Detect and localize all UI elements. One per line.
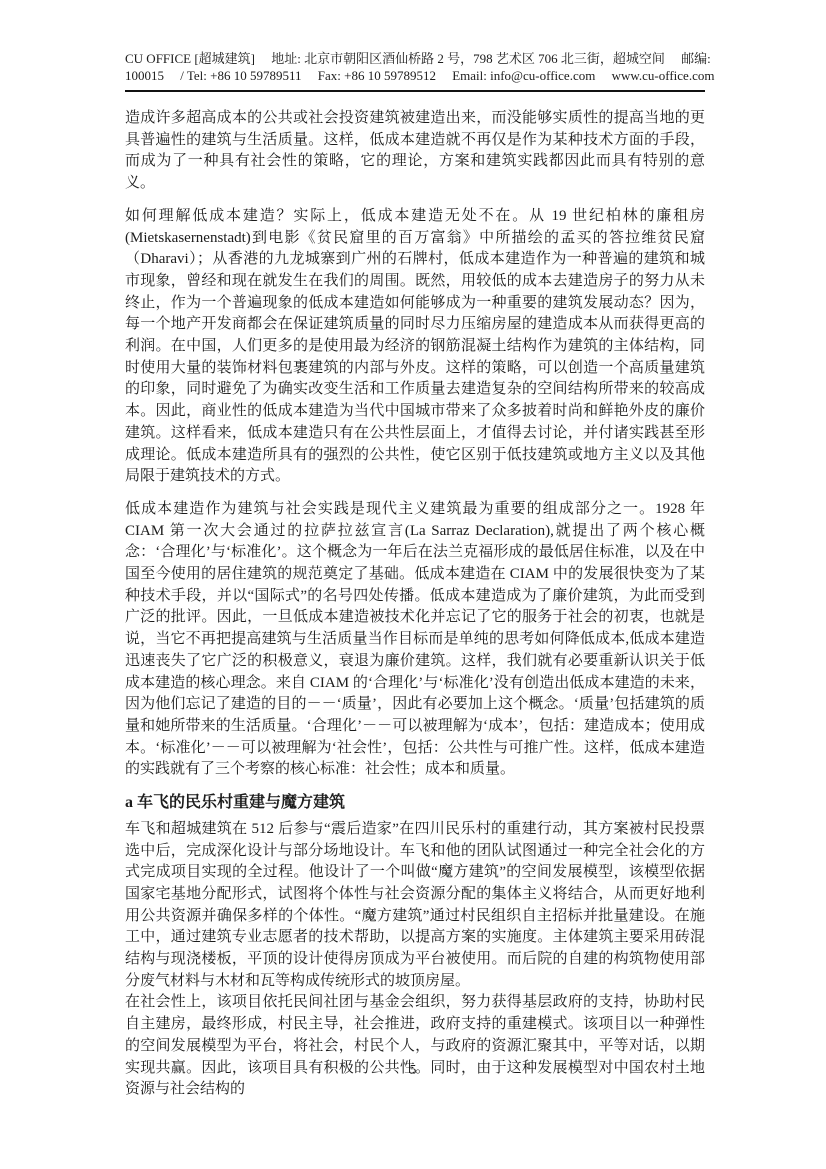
paragraph-intro: 造成许多超高成本的公共或社会投资建筑被建造出来，而没能够实质性的提高当地的更具普… <box>125 108 705 195</box>
page-number: 5 <box>410 1062 417 1077</box>
document-page: CU OFFICE [超城建筑] 地址: 北京市朝阳区酒仙桥路 2 号，798 … <box>0 0 826 1169</box>
header-line-1: CU OFFICE [超城建筑] 地址: 北京市朝阳区酒仙桥路 2 号，798 … <box>125 50 705 67</box>
paragraph-social-aspect: 在社会性上，该项目依托民间社团与基金会组织，努力获得基层政府的支持，协助村民自主… <box>125 992 705 1101</box>
paragraph-ciam-concepts: 低成本建造作为建筑与社会实践是现代主义建筑最为重要的组成部分之一。1928 年 … <box>125 499 705 781</box>
content-area: CU OFFICE [超城建筑] 地址: 北京市朝阳区酒仙桥路 2 号，798 … <box>125 50 705 1101</box>
page-footer: 5 <box>0 1062 826 1078</box>
header-line-2: 100015 / Tel: +86 10 59789511 Fax: +86 1… <box>125 67 705 84</box>
section-heading: a 车飞的民乐村重建与魔方建筑 <box>125 792 705 814</box>
document-body: 造成许多超高成本的公共或社会投资建筑被建造出来，而没能够实质性的提高当地的更具普… <box>125 108 705 1101</box>
paragraph-understanding-low-cost: 如何理解低成本建造？实际上，低成本建造无处不在。从 19 世纪柏林的廉租房(Mi… <box>125 206 705 488</box>
page-header: CU OFFICE [超城建筑] 地址: 北京市朝阳区酒仙桥路 2 号，798 … <box>125 50 705 92</box>
paragraph-minle-village: 车飞和超城建筑在 512 后参与“震后造家”在四川民乐村的重建行动，其方案被村民… <box>125 819 705 993</box>
